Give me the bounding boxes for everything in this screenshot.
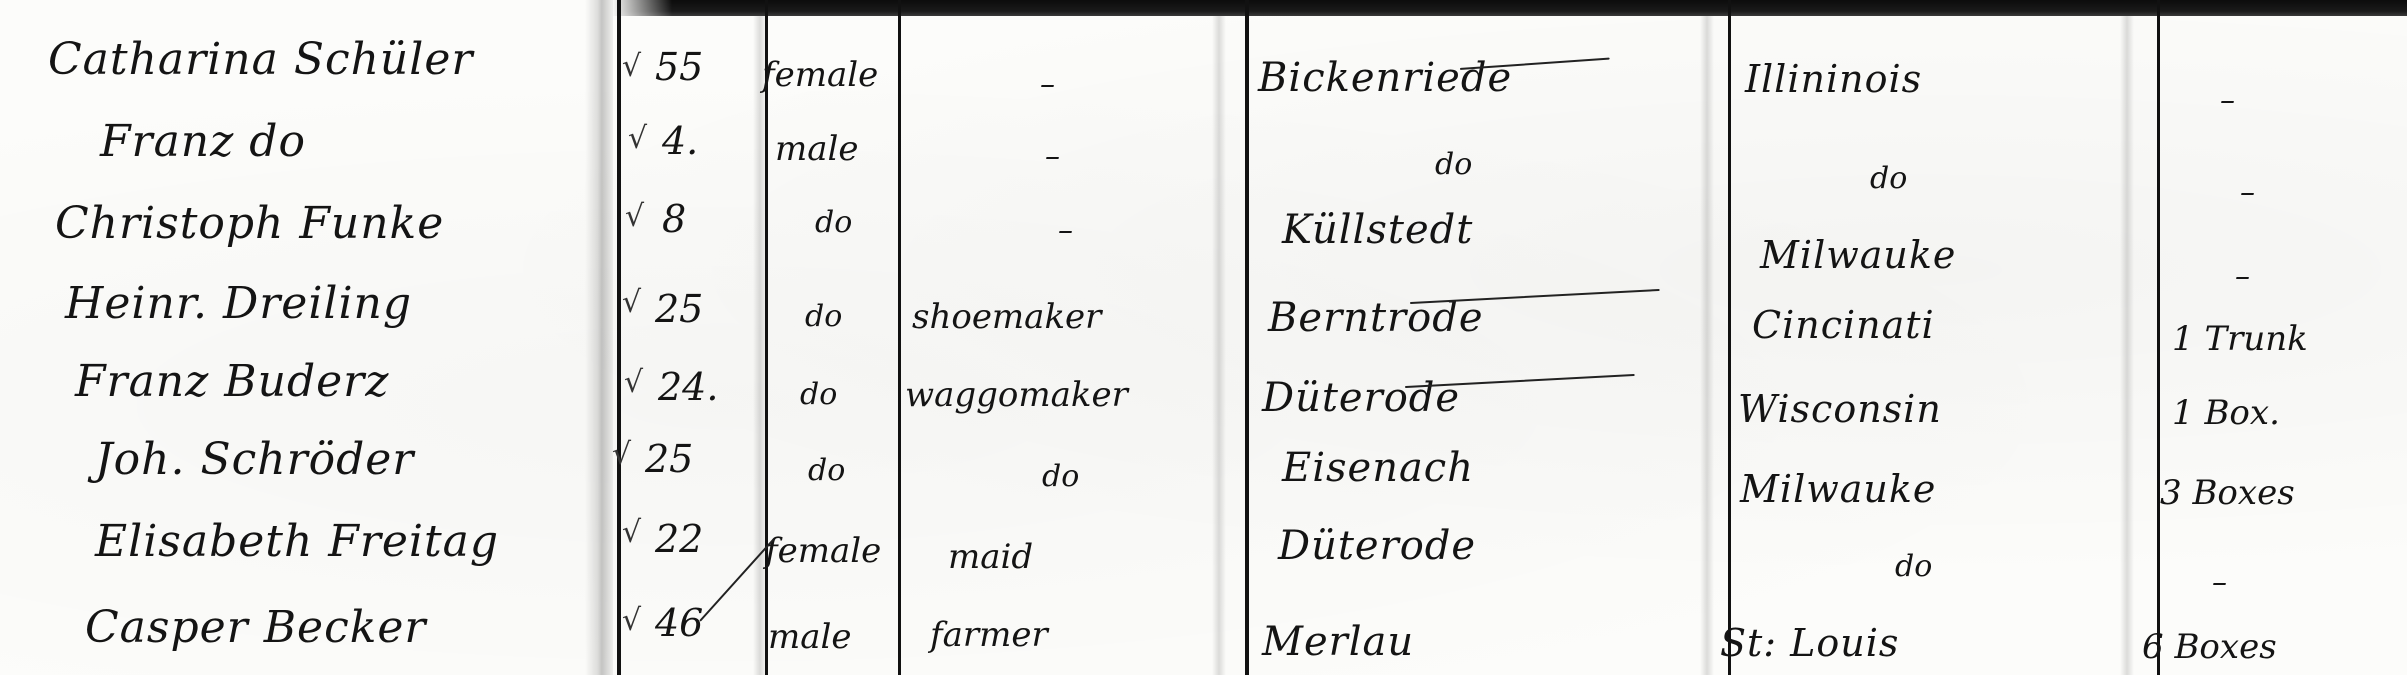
passenger-age: 55 (655, 48, 703, 86)
baggage-blank-dash: – (2235, 262, 2250, 292)
column-rule-origin-left (1245, 0, 1249, 675)
occupation: maid (948, 540, 1033, 574)
check-mark: √ (624, 368, 643, 398)
destination-ditto: do (1870, 164, 1907, 194)
occupation: waggomaker (905, 378, 1128, 412)
passenger-name: Christoph Funke (55, 202, 444, 246)
column-rule-baggage-left (2157, 0, 2160, 675)
column-rule-occupation-left (898, 0, 901, 675)
baggage-blank-dash: – (2240, 178, 2255, 208)
check-mark: √ (622, 518, 641, 548)
occupation: farmer (930, 618, 1048, 652)
baggage: 1 Trunk (2172, 322, 2308, 356)
passenger-sex: male (775, 132, 859, 166)
baggage: 6 Boxes (2142, 630, 2277, 664)
column-shade (1212, 16, 1226, 675)
page-fold-shadow (585, 0, 613, 675)
manifest-page: Catharina Schüler √ 55 female – Bickenri… (0, 0, 2407, 675)
origin-place: Merlau (1262, 622, 1414, 662)
scanner-edge-band (612, 0, 2407, 16)
passenger-age: 25 (655, 290, 703, 328)
passenger-sex-ditto: do (800, 380, 837, 410)
destination-place: Illininois (1745, 60, 1922, 98)
destination-place: Milwauke (1740, 470, 1936, 508)
passenger-age: 25 (645, 440, 693, 478)
passenger-age: 24. (658, 368, 718, 406)
passenger-age: 46 (655, 604, 703, 642)
origin-ditto: do (1435, 150, 1472, 180)
column-rule-destination-left (1728, 0, 1731, 675)
baggage-blank-dash: – (2220, 86, 2235, 116)
passenger-sex-ditto: do (808, 456, 845, 486)
column-shade (1700, 16, 1714, 675)
origin-place: Bickenriede (1258, 58, 1512, 98)
occupation-blank-dash: – (1045, 142, 1060, 172)
column-rule-age-left (617, 0, 621, 675)
column-rule-sex-left (765, 0, 768, 675)
check-mark: √ (628, 124, 647, 154)
passenger-sex-ditto: do (805, 302, 842, 332)
passenger-sex: female (762, 58, 878, 92)
origin-place: Düterode (1278, 526, 1476, 566)
baggage: 1 Box. (2172, 396, 2280, 430)
check-mark: √ (622, 288, 641, 318)
passenger-name: Franz Buderz (75, 360, 389, 404)
passenger-sex-ditto: do (815, 208, 852, 238)
passenger-sex: male (768, 620, 852, 654)
check-mark: √ (622, 606, 641, 636)
passenger-age: 22 (655, 520, 703, 558)
check-mark: √ (612, 440, 631, 470)
origin-place: Eisenach (1282, 448, 1474, 488)
passenger-name: Elisabeth Freitag (95, 520, 499, 564)
occupation-blank-dash: – (1040, 70, 1055, 100)
destination-ditto: do (1895, 552, 1932, 582)
occupation-ditto: do (1042, 462, 1079, 492)
passenger-age: 8 (662, 200, 686, 238)
baggage-blank-dash: – (2212, 568, 2227, 598)
baggage: 3 Boxes (2160, 476, 2295, 510)
passenger-sex: female (765, 534, 881, 568)
passenger-name: Catharina Schüler (48, 38, 473, 82)
check-mark: √ (622, 52, 641, 82)
check-mark: √ (625, 202, 644, 232)
column-shade (2120, 16, 2134, 675)
occupation-blank-dash: – (1058, 216, 1073, 246)
occupation: shoemaker (912, 300, 1101, 334)
passenger-name: Casper Becker (85, 606, 426, 650)
passenger-name: Franz do (100, 120, 306, 164)
destination-place: Cincinati (1752, 306, 1935, 344)
destination-place: Wisconsin (1738, 390, 1942, 428)
destination-place: Milwauke (1760, 236, 1956, 274)
passenger-age: 4. (662, 122, 698, 160)
origin-place: Küllstedt (1282, 210, 1473, 250)
passenger-name: Heinr. Dreiling (65, 282, 412, 326)
passenger-name: Joh. Schröder (95, 438, 414, 482)
destination-place: St: Louis (1720, 624, 1899, 662)
origin-place: Berntrode (1268, 298, 1484, 338)
